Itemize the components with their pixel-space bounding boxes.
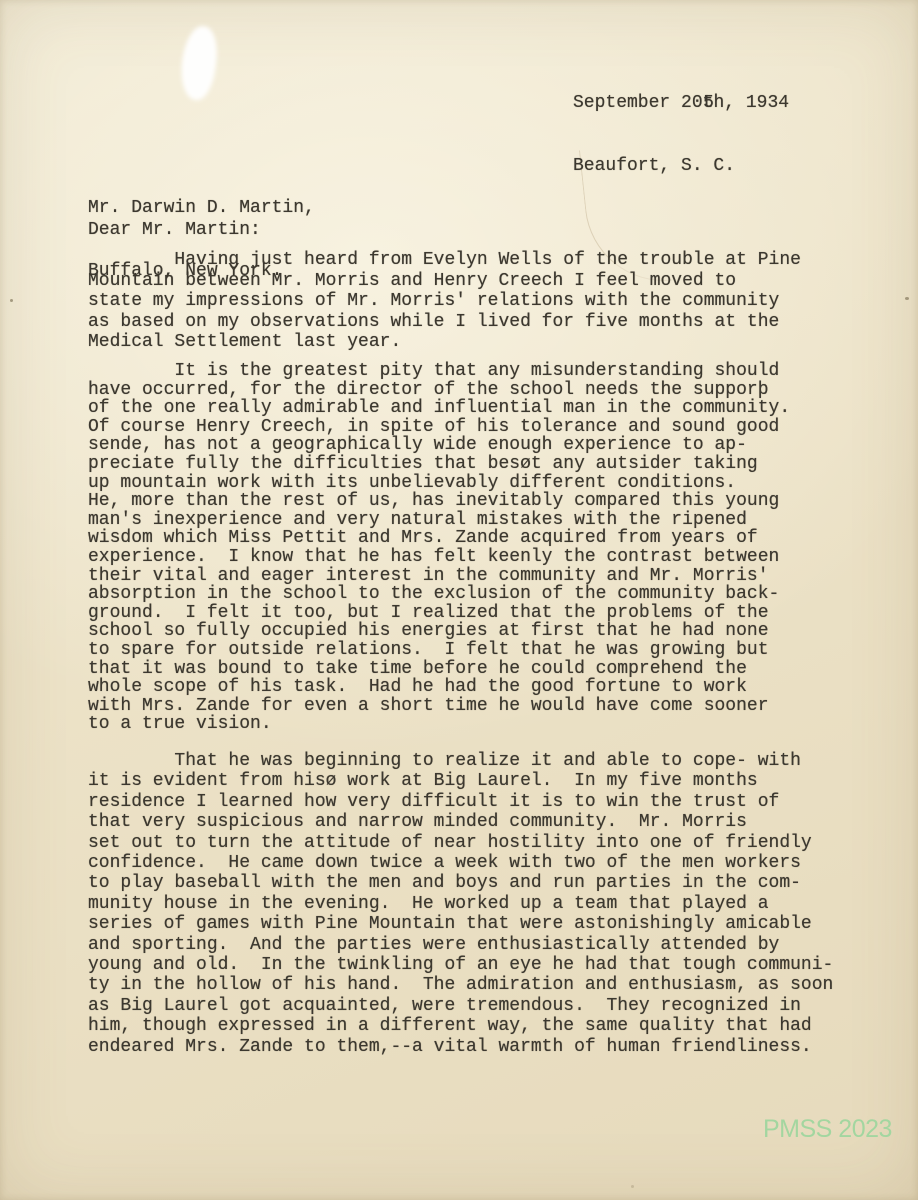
letter-paragraph-3: That he was beginning to realize it and … — [88, 751, 833, 1057]
paper-speck — [905, 297, 909, 300]
date-prefix: September 20 — [573, 93, 703, 113]
salutation: Dear Mr. Martin: — [88, 220, 261, 241]
overstrike-top-char: 5 — [703, 93, 714, 114]
date-block: September 20t5h, 1934 Beaufort, S. C. — [573, 51, 789, 219]
scanned-letter-page: September 20t5h, 1934 Beaufort, S. C. Mr… — [0, 0, 918, 1200]
date-line: September 20t5h, 1934 — [573, 93, 789, 114]
place-line: Beaufort, S. C. — [573, 156, 789, 177]
typewriter-overstrike: t5 — [703, 93, 714, 114]
letter-paragraph-2: It is the greatest pity that any misunde… — [88, 362, 790, 734]
paper-blemish — [177, 24, 221, 102]
date-suffix: h, 1934 — [713, 93, 789, 113]
letter-paragraph-1: Having just heard from Evelyn Wells of t… — [88, 250, 801, 353]
watermark: PMSS 2023 — [763, 1115, 892, 1144]
paper-speck — [10, 299, 13, 302]
paper-speck — [631, 1185, 634, 1188]
recipient-name-line: Mr. Darwin D. Martin, — [88, 198, 315, 219]
